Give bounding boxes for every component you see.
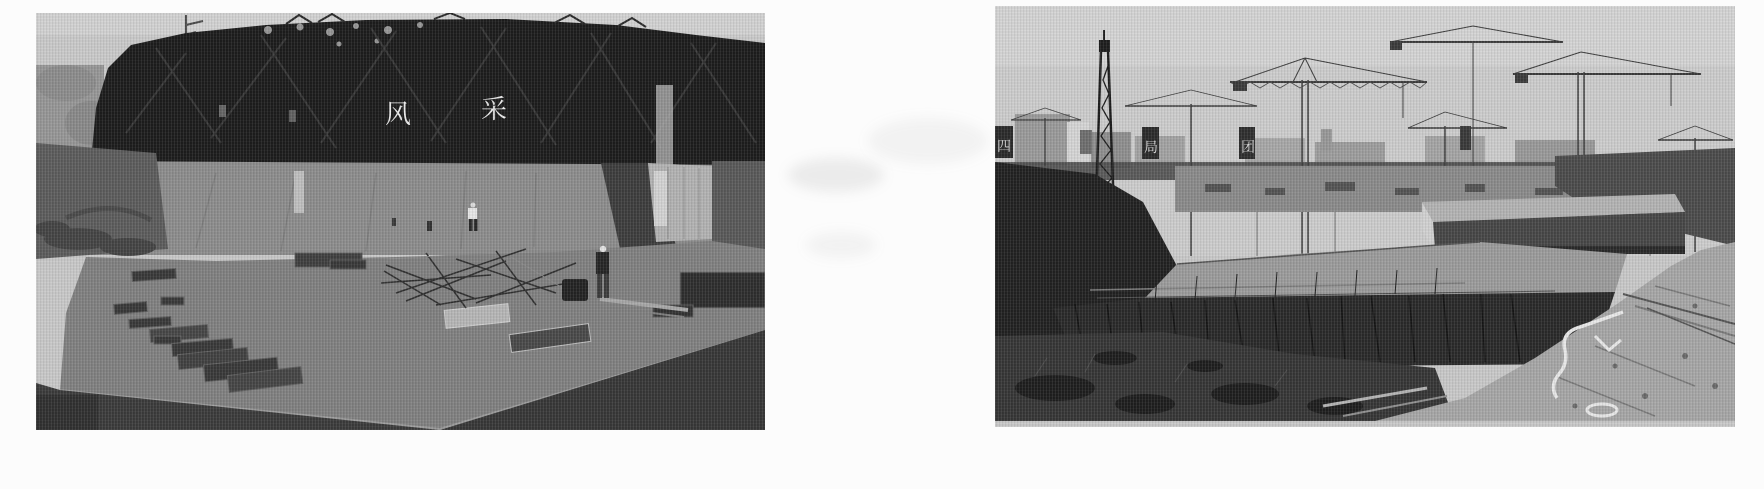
left-photo-image: 风 采 xyxy=(36,13,765,430)
right-sky-top xyxy=(995,6,1735,66)
barrel xyxy=(562,279,588,301)
right-photo-image: 四 局 团 xyxy=(995,6,1735,427)
white-pier xyxy=(294,171,304,213)
banner-ghost-glyph xyxy=(219,105,226,117)
banner-ghost-glyph xyxy=(289,110,296,122)
scanned-page: 风 采 xyxy=(0,0,1764,489)
foreground-dark-corner xyxy=(36,395,98,430)
foundation-slab xyxy=(36,241,765,430)
sign-char-si: 四 xyxy=(997,139,1011,155)
right-photo: 四 局 团 xyxy=(995,6,1735,427)
sign-board-blank xyxy=(1080,130,1092,154)
worker-distant xyxy=(427,221,432,231)
sign-board-blank xyxy=(1460,126,1471,150)
sign-char-tuan: 团 xyxy=(1241,140,1255,156)
worker-distant xyxy=(392,218,396,226)
left-photo: 风 采 xyxy=(36,13,765,430)
page-bleed-smudge xyxy=(868,118,988,164)
white-pier xyxy=(654,171,667,226)
wall-right-dark xyxy=(712,161,765,253)
sign-board-blank xyxy=(1321,129,1332,151)
sign-char-ju: 局 xyxy=(1144,140,1158,156)
page-bleed-smudge xyxy=(806,232,876,258)
page-bleed-smudge xyxy=(788,158,884,192)
banner-char-cai: 采 xyxy=(481,95,507,125)
banner-char-feng: 风 xyxy=(385,100,411,130)
